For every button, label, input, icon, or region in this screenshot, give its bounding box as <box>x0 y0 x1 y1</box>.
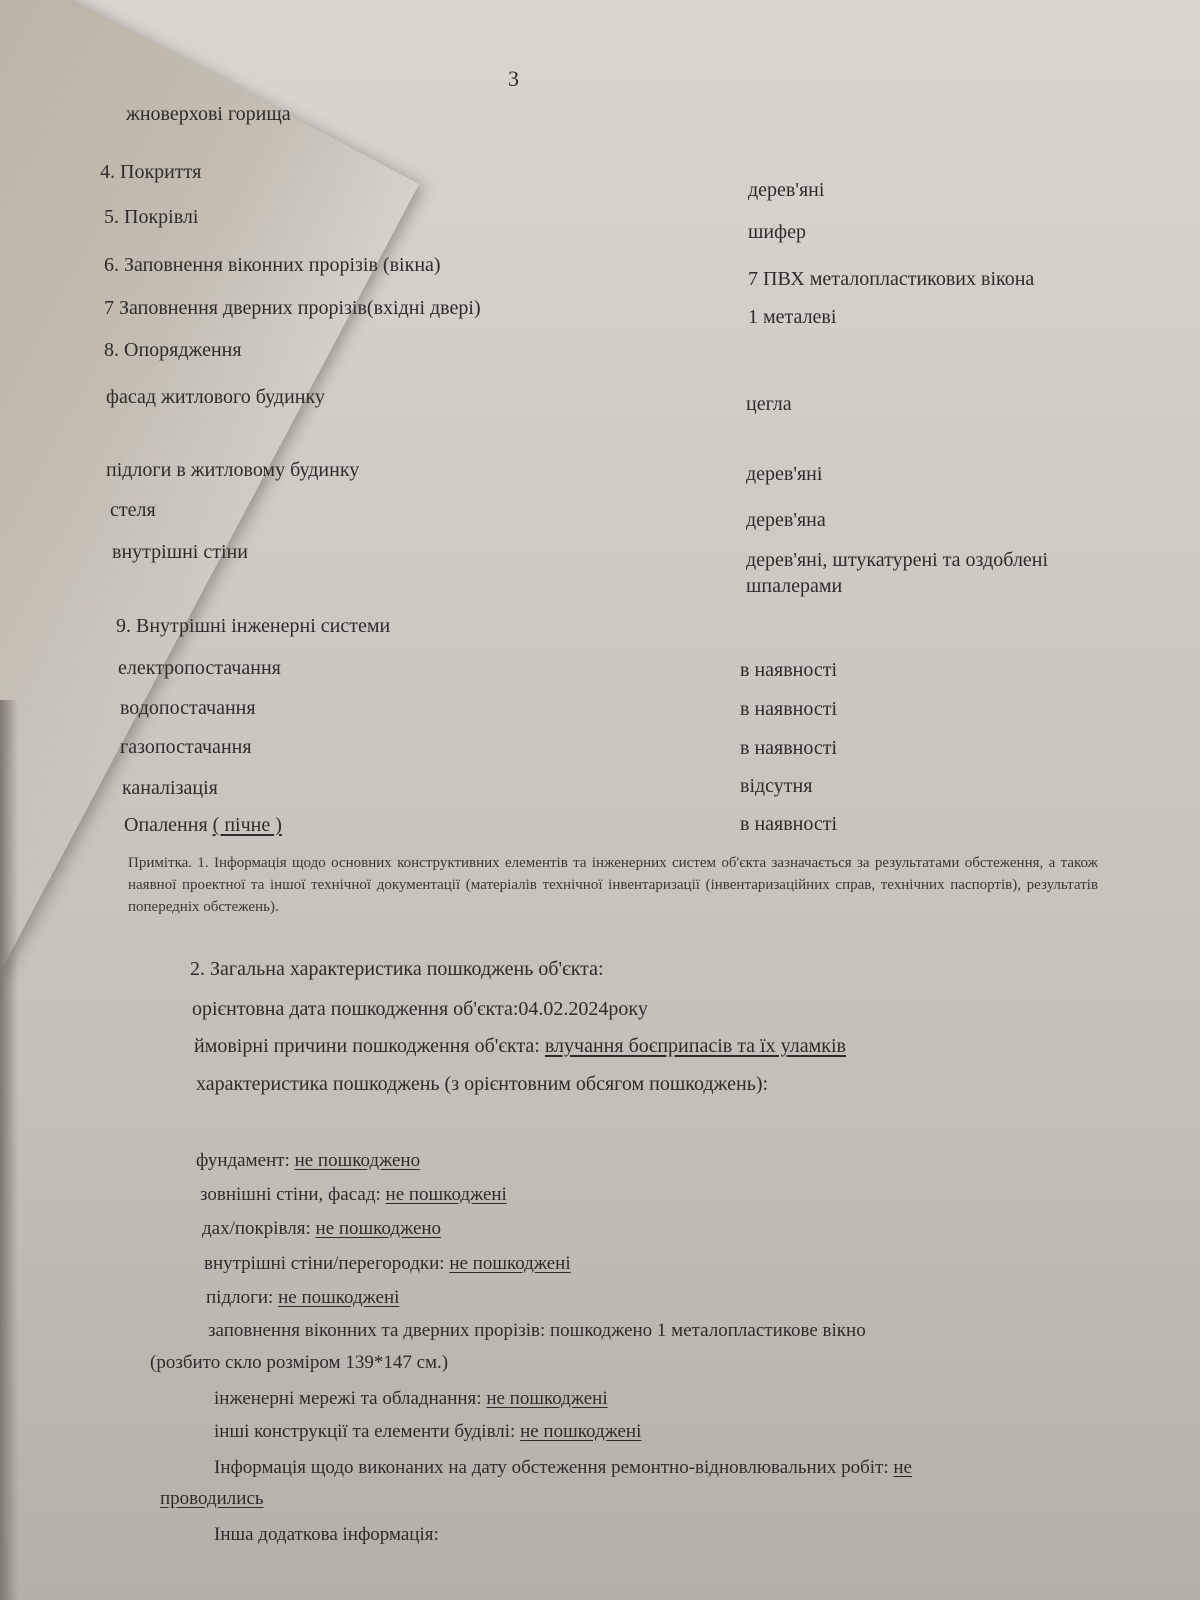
damage-repair-value-part2: проводились <box>160 1488 264 1511</box>
item-covering-value: дерев'яні <box>748 178 824 202</box>
damage-additional-label: Інша додаткова інформація: <box>214 1524 439 1547</box>
damage-openings-line2: (розбито скло розміром 139*147 см.) <box>150 1352 448 1375</box>
damage-characteristics-label: характеристика пошкоджень (з орієнтовним… <box>196 1072 768 1096</box>
finishing-floors-label: підлоги в житловому будинку <box>106 458 359 482</box>
item-windows-label: 6. Заповнення віконних прорізів (вікна) <box>104 253 441 277</box>
damage-openings-line1: заповнення віконних та дверних прорізів:… <box>208 1320 866 1343</box>
damage-floors: підлоги: не пошкоджені <box>206 1287 399 1310</box>
damage-floors-value: не пошкоджені <box>278 1287 399 1308</box>
damage-cause-label: ймовірні причини пошкодження об'єкта: <box>194 1035 540 1057</box>
item-roof-value: шифер <box>748 220 806 244</box>
damage-date-value: 04.02.2024року <box>518 998 647 1020</box>
item-finishing-label: 8. Опорядження <box>104 338 242 362</box>
document-page: 3 жноверхові горища 4. Покриття дерев'ян… <box>0 0 1200 1600</box>
damage-cause-line: ймовірні причини пошкодження об'єкта: вл… <box>194 1034 846 1058</box>
item-covering-label: 4. Покриття <box>100 160 201 184</box>
damage-foundation: фундамент: не пошкоджено <box>196 1150 420 1173</box>
finishing-ceiling-value: дерев'яна <box>746 508 826 532</box>
eng-electricity-label: електропостачання <box>118 656 281 680</box>
eng-sewage-label: каналізація <box>122 776 218 800</box>
eng-heating-type: ( пічне ) <box>213 814 282 836</box>
damage-date-line: орієнтовна дата пошкодження об'єкта:04.0… <box>192 997 648 1021</box>
note-text: Інформація щодо основних конструктивних … <box>128 855 1098 915</box>
finishing-inner-walls-value-cont: шпалерами <box>746 574 842 598</box>
damage-other-label: інші конструкції та елементи будівлі: <box>214 1421 515 1442</box>
partial-header-text: жноверхові горища <box>126 102 291 126</box>
eng-sewage-value: відсутня <box>740 774 812 798</box>
eng-electricity-value: в наявності <box>740 658 837 682</box>
eng-gas-value: в наявності <box>740 736 837 760</box>
finishing-ceiling-label: стеля <box>110 498 156 522</box>
damage-inner-walls-value: не пошкоджені <box>449 1253 570 1274</box>
damage-heading: 2. Загальна характеристика пошкоджень об… <box>190 957 604 981</box>
finishing-facade-value: цегла <box>746 392 792 416</box>
damage-inner-walls: внутрішні стіни/перегородки: не пошкодже… <box>204 1253 571 1276</box>
damage-networks-label: інженерні мережі та обладнання: <box>214 1388 482 1409</box>
eng-gas-label: газопостачання <box>120 735 252 759</box>
damage-roof: дах/покрівля: не пошкоджено <box>202 1218 441 1241</box>
damage-outer-walls-label: зовнішні стіни, фасад: <box>200 1184 381 1205</box>
damage-cause-value: влучання боєприпасів та їх уламків <box>545 1035 846 1057</box>
damage-outer-walls: зовнішні стіни, фасад: не пошкоджені <box>200 1184 507 1207</box>
item-doors-value: 1 металеві <box>748 305 836 329</box>
damage-repair-label: Інформація щодо виконаних на дату обстеж… <box>214 1457 889 1478</box>
eng-heating-label: Опалення ( пічне ) <box>124 813 282 837</box>
item-windows-value: 7 ПВХ металопластикових вікона <box>748 267 1034 291</box>
damage-other-value: не пошкоджені <box>520 1421 641 1442</box>
item-roof-label: 5. Покрівлі <box>104 205 198 229</box>
eng-heating-value: в наявності <box>740 812 837 836</box>
eng-water-label: водопостачання <box>120 696 256 720</box>
eng-water-value: в наявності <box>740 697 837 721</box>
note-block: Примітка. 1. Інформація щодо основних ко… <box>128 852 1098 918</box>
damage-roof-value: не пошкоджено <box>316 1218 442 1239</box>
eng-heating-label-prefix: Опалення <box>124 814 208 836</box>
damage-repair-value-part1: не <box>893 1457 912 1478</box>
finishing-inner-walls-label: внутрішні стіни <box>112 540 248 564</box>
damage-floors-label: підлоги: <box>206 1287 273 1308</box>
item-doors-label: 7 Заповнення дверних прорізів(вхідні две… <box>104 296 481 320</box>
damage-inner-walls-label: внутрішні стіни/перегородки: <box>204 1253 445 1274</box>
page-edge-shadow <box>0 700 18 1600</box>
damage-networks-value: не пошкоджені <box>486 1388 607 1409</box>
damage-outer-walls-value: не пошкоджені <box>386 1184 507 1205</box>
damage-other: інші конструкції та елементи будівлі: не… <box>214 1421 641 1444</box>
damage-networks: інженерні мережі та обладнання: не пошко… <box>214 1388 608 1411</box>
page-number: 3 <box>508 66 519 92</box>
damage-date-label: орієнтовна дата пошкодження об'єкта: <box>192 998 518 1020</box>
damage-foundation-label: фундамент: <box>196 1150 290 1171</box>
finishing-floors-value: дерев'яні <box>746 462 822 486</box>
note-label: Примітка. 1. <box>128 855 209 871</box>
damage-roof-label: дах/покрівля: <box>202 1218 311 1239</box>
engineering-heading: 9. Внутрішні інженерні системи <box>116 614 390 638</box>
damage-repair-line1: Інформація щодо виконаних на дату обстеж… <box>214 1457 912 1480</box>
damage-foundation-value: не пошкоджено <box>295 1150 421 1171</box>
finishing-inner-walls-value: дерев'яні, штукатурені та оздоблені <box>746 548 1048 572</box>
finishing-facade-label: фасад житлового будинку <box>106 385 325 409</box>
